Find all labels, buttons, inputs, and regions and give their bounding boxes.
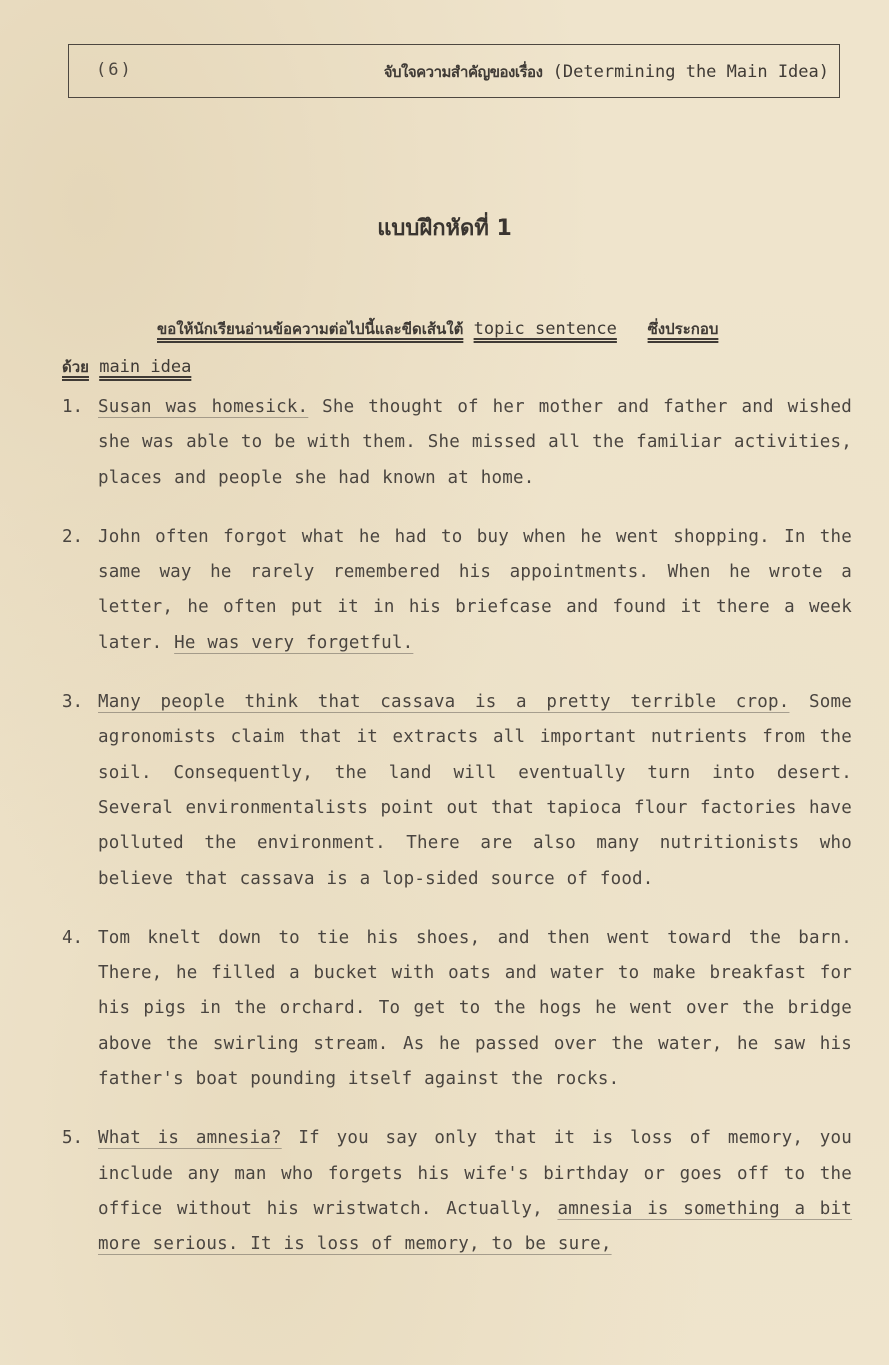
item-text: Some agronomists claim that it extracts … xyxy=(98,692,852,888)
topic-sentence: He was very forgetful. xyxy=(174,633,413,653)
exercise-item-3: 3. Many people think that cassava is a p… xyxy=(62,685,852,897)
page-header: (6) จับใจความสำคัญของเรื่อง (Determining… xyxy=(68,44,840,98)
item-text: Tom knelt down to tie his shoes, and the… xyxy=(98,928,852,1089)
item-number: 3. xyxy=(62,685,83,720)
item-number: 1. xyxy=(62,390,83,425)
topic-sentence: Susan was homesick. xyxy=(98,397,308,417)
exercise-items: 1. Susan was homesick. She thought of he… xyxy=(62,390,852,1287)
exercise-item-4: 4. Tom knelt down to tie his shoes, and … xyxy=(62,921,852,1097)
chapter-title-thai: จับใจความสำคัญของเรื่อง xyxy=(384,63,543,81)
exercise-item-5: 5. What is amnesia? If you say only that… xyxy=(62,1121,852,1262)
instruction: ขอให้นักเรียนอ่านข้อความต่อไปนี้และขีดเส… xyxy=(62,310,862,386)
instruction-english-1: topic sentence xyxy=(474,319,617,339)
item-number: 5. xyxy=(62,1121,83,1156)
exercise-title: แบบฝึกหัดที่ 1 xyxy=(0,210,889,245)
exercise-item-1: 1. Susan was homesick. She thought of he… xyxy=(62,390,852,496)
topic-sentence: What is amnesia? xyxy=(98,1128,282,1148)
chapter-title-english: (Determining the Main Idea) xyxy=(553,62,829,82)
topic-sentence: Many people think that cassava is a pret… xyxy=(98,692,789,712)
instruction-thai-1: ขอให้นักเรียนอ่านข้อความต่อไปนี้และขีดเส… xyxy=(157,320,463,338)
exercise-item-2: 2. John often forgot what he had to buy … xyxy=(62,520,852,661)
instruction-thai-2: ซึ่งประกอบ xyxy=(648,320,719,338)
chapter-title: จับใจความสำคัญของเรื่อง (Determining the… xyxy=(384,60,829,84)
instruction-english-2: main idea xyxy=(99,357,191,377)
item-number: 4. xyxy=(62,921,83,956)
page-number: (6) xyxy=(96,60,133,80)
item-number: 2. xyxy=(62,520,83,555)
instruction-thai-3: ด้วย xyxy=(62,358,89,376)
